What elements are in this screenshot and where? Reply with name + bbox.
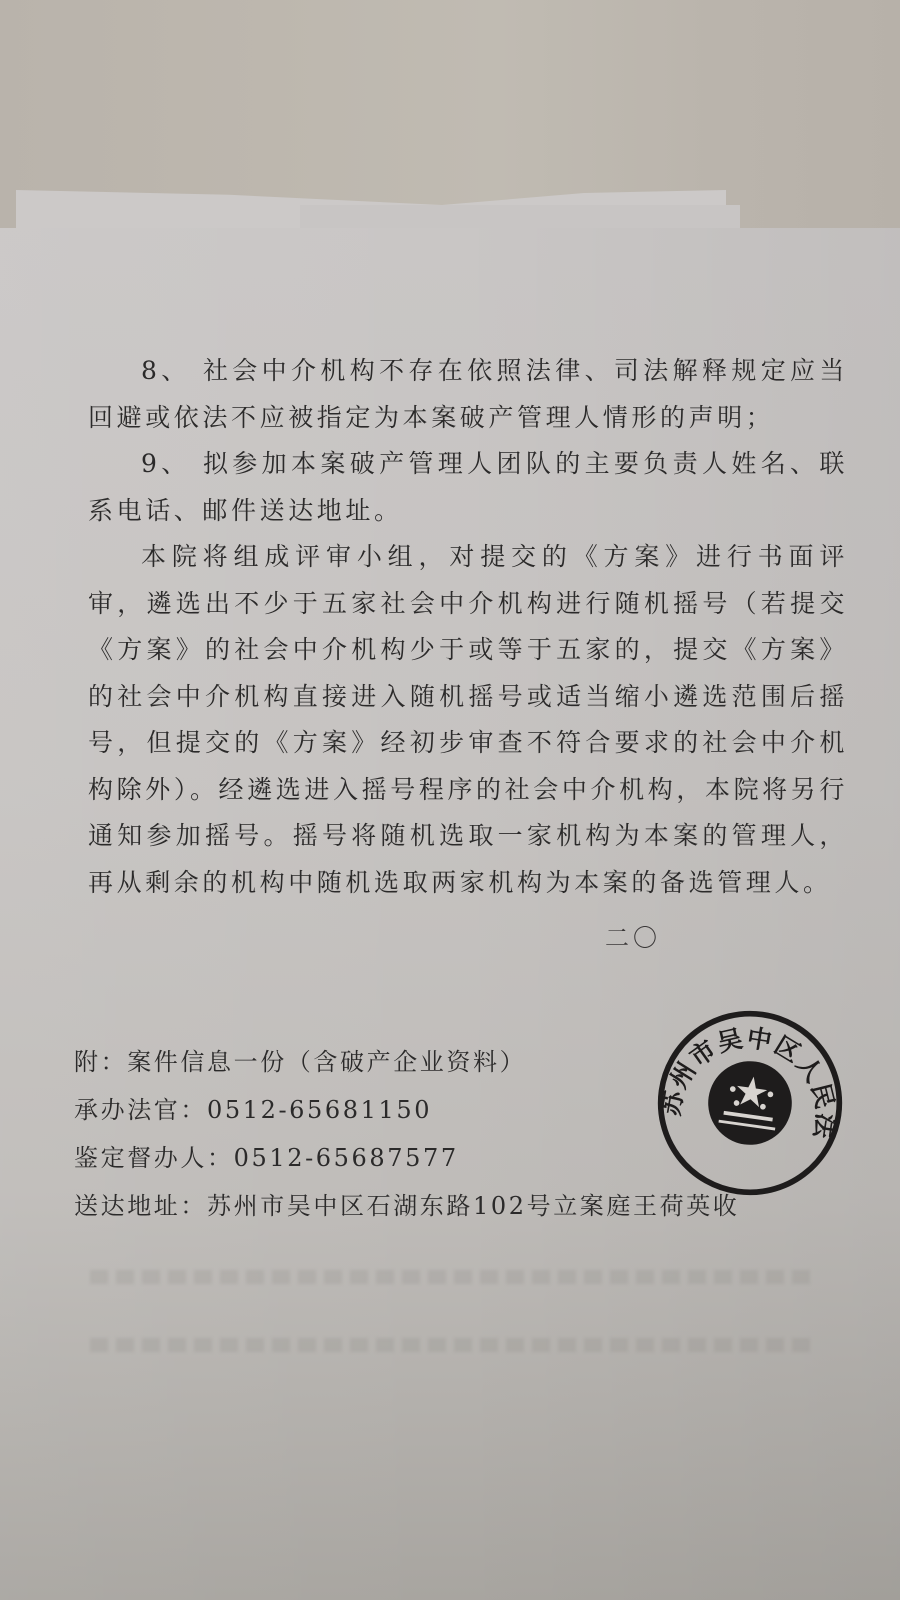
attachment-label: 附： [74,1048,127,1076]
bleed-through-text [90,1338,810,1352]
date-partial: 二〇 [605,918,661,953]
body-paragraph: 本院将组成评审小组，对提交的《方案》进行书面评审，遴选出不少于五家社会中介机构进… [88,534,848,906]
document-page: 8、 社会中介机构不存在依照法律、司法解释规定应当回避或依法不应被指定为本案破产… [0,228,900,1600]
attachments-block: 附：案件信息一份（含破产企业资料） 承办法官：0512-65681150 鉴定督… [74,1038,794,1230]
document-body: 8、 社会中介机构不存在依照法律、司法解释规定应当回避或依法不应被指定为本案破产… [88,348,848,906]
address-value: 苏州市吴中区石湖东路102号立案庭王荷英收 [207,1192,739,1220]
item-number: 9、 [141,449,191,478]
supervisor-label: 鉴定督办人： [74,1144,234,1172]
list-item-9: 9、 拟参加本案破产管理人团队的主要负责人姓名、联系电话、邮件送达地址。 [88,441,848,534]
bleed-through-text [90,1270,810,1284]
supervisor-phone-line: 鉴定督办人：0512-65687577 [74,1134,794,1182]
judge-label: 承办法官： [74,1096,207,1124]
supervisor-phone: 0512-65687577 [234,1144,459,1172]
judge-phone-line: 承办法官：0512-65681150 [74,1086,794,1134]
item-text: 社会中介机构不存在依照法律、司法解释规定应当回避或依法不应被指定为本案破产管理人… [88,356,848,432]
item-text: 拟参加本案破产管理人团队的主要负责人姓名、联系电话、邮件送达地址。 [88,449,848,525]
list-item-8: 8、 社会中介机构不存在依照法律、司法解释规定应当回避或依法不应被指定为本案破产… [88,348,848,441]
item-number: 8、 [141,356,191,385]
judge-phone: 0512-65681150 [207,1096,432,1124]
attachment-line: 附：案件信息一份（含破产企业资料） [74,1038,794,1086]
delivery-address-line: 送达地址：苏州市吴中区石湖东路102号立案庭王荷英收 [74,1182,794,1230]
address-label: 送达地址： [74,1192,207,1220]
attachment-value: 案件信息一份（含破产企业资料） [127,1048,526,1076]
